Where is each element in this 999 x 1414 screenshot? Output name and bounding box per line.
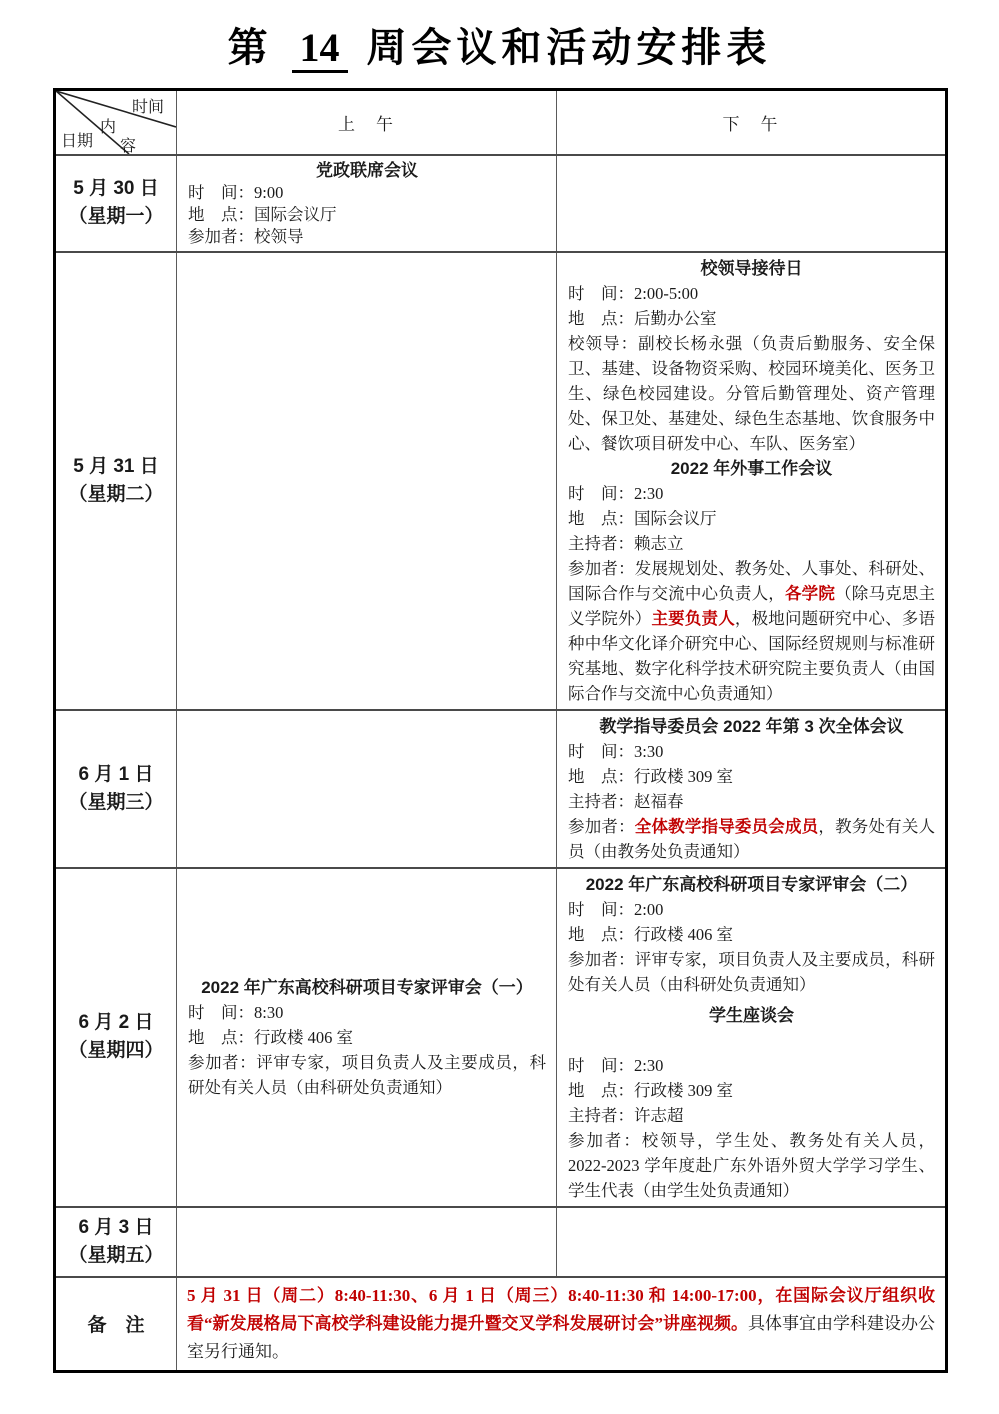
event-title: 学生座谈会 [568,1003,935,1028]
table-row-may30: 5 月 30 日 （星期一） 党政联席会议 时 间：9:00 地 点：国际会议厅… [55,155,947,252]
event-title: 2022 年外事工作会议 [568,456,935,481]
event-line: 地 点：行政楼 406 室 [568,922,935,947]
title-prefix: 第 [228,24,273,71]
date-text: 5 月 30 日 [56,175,176,203]
afternoon-cell: 2022 年广东高校科研项目专家评审会（二） 时 间：2:00 地 点：行政楼 … [557,868,947,1207]
table-row-jun1: 6 月 1 日 （星期三） 教学指导委员会 2022 年第 3 次全体会议 时 … [55,710,947,868]
morning-cell: 党政联席会议 时 间：9:00 地 点：国际会议厅 参加者：校领导 [177,155,557,252]
event-block: 党政联席会议 时 间：9:00 地 点：国际会议厅 参加者：校领导 [188,159,546,248]
date-cell: 5 月 30 日 （星期一） [55,155,177,252]
event-line: 地 点：行政楼 309 室 [568,1078,935,1103]
text-segment: 全体教学指导委员会成员 [635,817,819,836]
event-line: 时 间：3:30 [568,739,935,764]
date-cell: 5 月 31 日 （星期二） [55,252,177,710]
event-line: 参加者：校领导，学生处、教务处有关人员，2022-2023 学年度赴广东外语外贸… [568,1128,935,1203]
afternoon-cell: 教学指导委员会 2022 年第 3 次全体会议 时 间：3:30 地 点：行政楼… [557,710,947,868]
weekday-text: （星期四） [56,1037,176,1065]
corner-label-content-top: 内 [100,114,116,137]
morning-cell: 2022 年广东高校科研项目专家评审会（一） 时 间：8:30 地 点：行政楼 … [177,868,557,1207]
table-row-jun3: 6 月 3 日 （星期五） [55,1207,947,1277]
remarks-row: 备 注 5 月 31 日（周二）8:40-11:30、6 月 1 日（周三）8:… [55,1277,947,1372]
event-line: 地 点：后勤办公室 [568,306,935,331]
corner-label-content-bottom: 容 [120,133,136,155]
morning-cell-empty [177,252,557,710]
date-cell: 6 月 3 日 （星期五） [55,1207,177,1277]
column-header-morning: 上 午 [177,90,557,155]
event-line: 主持者：许志超 [568,1103,935,1128]
event-line: 参加者：全体教学指导委员会成员，教务处有关人员（由教务处负责通知） [568,814,935,864]
event-block: 学生座谈会 时 间：2:30 地 点：行政楼 309 室 主持者：许志超 参加者… [568,1003,935,1203]
remarks-cell: 5 月 31 日（周二）8:40-11:30、6 月 1 日（周三）8:40-1… [177,1277,947,1372]
date-cell: 6 月 2 日 （星期四） [55,868,177,1207]
event-title: 教学指导委员会 2022 年第 3 次全体会议 [568,714,935,739]
event-title: 党政联席会议 [188,159,546,182]
event-line: 时 间：2:00-5:00 [568,281,935,306]
event-line: 参加者：评审专家，项目负责人及主要成员，科研处有关人员（由科研处负责通知） [568,947,935,997]
text-segment: 参加者： [568,817,635,836]
weekday-text: （星期一） [56,203,176,231]
date-text: 5 月 31 日 [56,453,176,481]
afternoon-cell-empty [557,155,947,252]
corner-label-date: 日期 [61,128,93,151]
remarks-text: 5 月 31 日（周二）8:40-11:30、6 月 1 日（周三）8:40-1… [187,1282,935,1366]
text-segment: 主要负责人 [651,609,734,628]
morning-cell-empty [177,710,557,868]
event-line: 参加者：评审专家，项目负责人及主要成员，科研处有关人员（由科研处负责通知） [188,1050,546,1100]
corner-label-time: 时间 [132,94,164,117]
event-line: 主持者：赖志立 [568,531,935,556]
event-line: 时 间：8:30 [188,1000,546,1025]
date-text: 6 月 1 日 [56,761,176,789]
event-line: 参加者：校领导 [188,226,546,248]
event-block: 2022 年广东高校科研项目专家评审会（二） 时 间：2:00 地 点：行政楼 … [568,872,935,997]
remarks-label: 备 注 [55,1277,177,1372]
header-row: 时间 内 容 日期 上 午 下 午 [55,90,947,155]
event-block: 2022 年外事工作会议 时 间：2:30 地 点：国际会议厅 主持者：赖志立 … [568,456,935,706]
title-suffix: 周会议和活动安排表 [366,24,771,71]
event-title: 校领导接待日 [568,256,935,281]
event-line: 时 间：2:00 [568,897,935,922]
date-text: 6 月 3 日 [56,1214,176,1242]
event-block: 教学指导委员会 2022 年第 3 次全体会议 时 间：3:30 地 点：行政楼… [568,714,935,864]
event-line: 时 间：2:30 [568,481,935,506]
page-title: 第 14 周会议和活动安排表 [0,16,999,73]
event-block: 校领导接待日 时 间：2:00-5:00 地 点：后勤办公室 校领导：副校长杨永… [568,256,935,456]
morning-cell-empty [177,1207,557,1277]
header-corner-cell: 时间 内 容 日期 [55,90,177,155]
date-cell: 6 月 1 日 （星期三） [55,710,177,868]
weekday-text: （星期二） [56,481,176,509]
event-line: 时 间：2:30 [568,1053,935,1078]
event-line: 时 间：9:00 [188,182,546,204]
event-line: 地 点：行政楼 406 室 [188,1025,546,1050]
table-row-jun2: 6 月 2 日 （星期四） 2022 年广东高校科研项目专家评审会（一） 时 间… [55,868,947,1207]
weekday-text: （星期三） [56,789,176,817]
event-block: 2022 年广东高校科研项目专家评审会（一） 时 间：8:30 地 点：行政楼 … [188,975,546,1100]
event-title: 2022 年广东高校科研项目专家评审会（一） [188,975,546,1000]
afternoon-cell: 校领导接待日 时 间：2:00-5:00 地 点：后勤办公室 校领导：副校长杨永… [557,252,947,710]
event-line: 参加者：发展规划处、教务处、人事处、科研处、国际合作与交流中心负责人，各学院（除… [568,556,935,706]
event-title: 2022 年广东高校科研项目专家评审会（二） [568,872,935,897]
column-header-afternoon: 下 午 [557,90,947,155]
text-segment: 各学院 [785,584,835,603]
event-line: 地 点：国际会议厅 [188,204,546,226]
schedule-table: 时间 内 容 日期 上 午 下 午 5 月 30 日 （星期一） 党政联席会议 … [53,88,948,1373]
week-number: 14 [292,25,348,73]
table-row-may31: 5 月 31 日 （星期二） 校领导接待日 时 间：2:00-5:00 地 点：… [55,252,947,710]
weekday-text: （星期五） [56,1242,176,1270]
afternoon-cell-empty [557,1207,947,1277]
event-line: 地 点：国际会议厅 [568,506,935,531]
event-line: 校领导：副校长杨永强（负责后勤服务、安全保卫、基建、设备物资采购、校园环境美化、… [568,331,935,456]
event-line: 主持者：赵福春 [568,789,935,814]
schedule-page: 第 14 周会议和活动安排表 时间 内 容 日期 上 午 下 午 5 月 30 [0,0,999,1414]
date-text: 6 月 2 日 [56,1009,176,1037]
event-line: 地 点：行政楼 309 室 [568,764,935,789]
